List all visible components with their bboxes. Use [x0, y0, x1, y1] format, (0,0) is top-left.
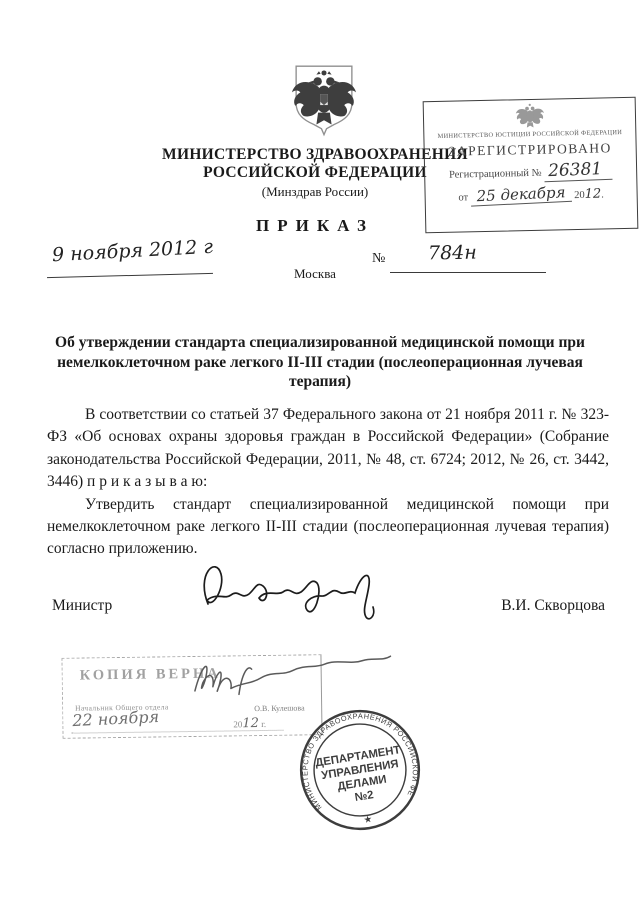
copy-year-suffix: г.	[261, 719, 266, 729]
registration-date-prefix: от	[458, 192, 468, 203]
copy-date-underline	[71, 730, 283, 734]
russia-coat-of-arms-icon	[281, 62, 367, 138]
registration-number-line: Регистрационный № 26381	[449, 159, 613, 183]
registration-date-suffix: .	[601, 189, 604, 200]
order-body: В соответствии со статьей 37 Федеральног…	[47, 404, 609, 561]
registration-year-handwritten: 12	[585, 187, 602, 202]
registered-label: ЗАРЕГИСТРИРОВАНО	[448, 140, 611, 159]
body-paragraph-1: В соответствии со статьей 37 Федеральног…	[47, 404, 609, 494]
order-date-handwritten: 9 ноября 2012 г	[52, 236, 214, 266]
justice-eagle-icon	[514, 103, 545, 130]
copy-verified-stamp: КОПИЯ ВЕРНА Начальник Общего отдела О.В.…	[61, 654, 322, 739]
order-number-label: №	[372, 251, 385, 267]
justice-ministry-name: МИНИСТЕРСТВО ЮСТИЦИИ РОССИЙСКОЙ ФЕДЕРАЦИ…	[437, 129, 622, 140]
order-title: Об утверждении стандарта специализирован…	[40, 333, 600, 392]
seal-star-icon: ★	[362, 814, 372, 824]
copy-date-handwritten: 22 ноября	[72, 707, 160, 730]
minister-position-label: Министр	[52, 597, 112, 615]
body-paragraph-2: Утвердить стандарт специализированной ме…	[47, 494, 609, 561]
order-number-handwritten: 784н	[428, 242, 477, 265]
minister-signature-icon	[190, 552, 400, 632]
clerk-signature-icon	[180, 640, 396, 705]
registration-number-value: 26381	[544, 159, 613, 183]
registration-date-line: от 25 декабря 2012.	[458, 183, 604, 205]
justice-registration-stamp: МИНИСТЕРСТВО ЮСТИЦИИ РОССИЙСКОЙ ФЕДЕРАЦИ…	[423, 97, 639, 233]
registration-date-value: 25 декабря	[470, 183, 572, 207]
registration-number-label: Регистрационный №	[449, 168, 542, 181]
copy-year-printed: 20	[233, 719, 242, 729]
seal-line4: №2	[354, 789, 375, 804]
department-round-seal: МИНИСТЕРСТВО ЗДРАВООХРАНЕНИЯ РОССИЙСКОЙ …	[287, 697, 433, 843]
scanned-order-document: МИНИСТЕРСТВО ЗДРАВООХРАНЕНИЯ РОССИЙСКОЙ …	[0, 0, 640, 905]
registration-year-printed: 20	[574, 190, 585, 201]
clerk-name: О.В. Кулешова	[254, 703, 305, 713]
copy-year-handwritten: 12	[242, 716, 259, 731]
city-label: Москва	[0, 266, 630, 282]
minister-name: В.И. Скворцова	[445, 597, 605, 615]
